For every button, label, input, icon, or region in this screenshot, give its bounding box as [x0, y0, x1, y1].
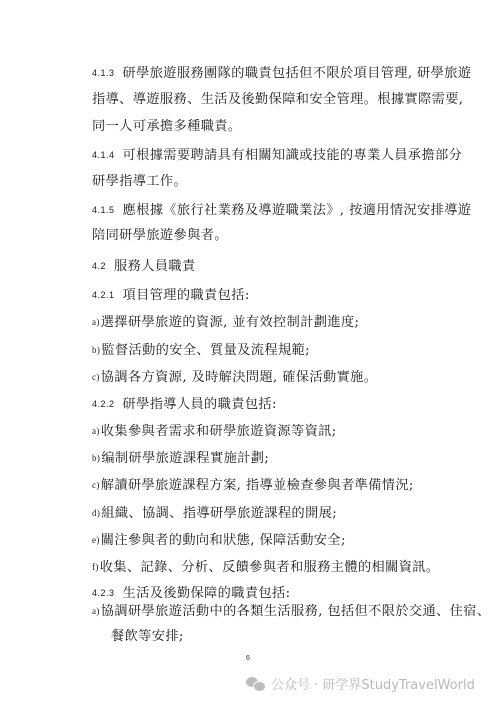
list-label: b) [92, 345, 100, 355]
clause-4-1-4: 4.1.4可根據需要聘請具有相關知識或技能的專業人員承擔部分 [92, 146, 462, 165]
list-text: 協調各方資源, 及時解決問題, 確保活動實施。 [101, 370, 378, 385]
list-text: 餐飲等安排; [111, 629, 184, 644]
clause-number: 4.2.1 [92, 290, 115, 300]
clause-text: 可根據需要聘請具有相關知識或技能的專業人員承擔部分 [123, 148, 463, 163]
list-item: c)解讀研學旅遊課程方案, 指導並檢查參與者準備情況; [92, 476, 414, 495]
list-label: f) [92, 562, 99, 572]
clause-4-1-3: 4.1.3研學旅遊服務團隊的職責包括但不限於項目管理, 研學旅遊 [92, 64, 471, 83]
list-item: c)協調各方資源, 及時解決問題, 確保活動實施。 [92, 368, 377, 387]
list-label: d) [92, 508, 100, 518]
clause-4-1-5-cont: 陪同研學旅遊參與者。 [92, 227, 228, 245]
list-text: 關注參與者的動向和狀態, 保障活動安全; [101, 533, 346, 548]
clause-4-2-1: 4.2.1項目管理的職責包括: [92, 286, 250, 305]
clause-4-1-3-cont: 指導、導遊服務、生活及後勤保障和安全管理。根據實際需要, [92, 91, 463, 109]
list-label: e) [92, 535, 100, 545]
section-number: 4.2 [92, 261, 106, 271]
clause-text: 研學指導工作。 [92, 174, 187, 189]
clause-number: 4.2.2 [92, 399, 115, 409]
list-label: c) [92, 372, 100, 382]
clause-text: 同一人可承擔多種職責。 [92, 119, 241, 134]
list-item: d)組織、協調、指導研學旅遊課程的開展; [92, 504, 337, 523]
list-item: b)監督活動的安全、質量及流程規範; [92, 341, 310, 360]
watermark: 公众号 · 研学界StudyTravelWorld [246, 674, 475, 693]
document-page: 4.1.3研學旅遊服務團隊的職責包括但不限於項目管理, 研學旅遊 指導、導遊服務… [0, 0, 500, 706]
section-title: 服務人員職責 [114, 259, 196, 274]
list-item-cont: 餐飲等安排; [111, 628, 184, 646]
clause-4-1-5: 4.1.5應根據《旅行社業務及導遊職業法》, 按適用情況安排導遊 [92, 201, 471, 220]
list-item: e)關注參與者的動向和狀態, 保障活動安全; [92, 531, 346, 550]
watermark-text: 公众号 · 研学界StudyTravelWorld [271, 674, 475, 693]
clause-text: 陪同研學旅遊參與者。 [92, 228, 228, 243]
clause-number: 4.1.3 [92, 68, 115, 78]
wechat-icon [246, 677, 266, 691]
clause-text: 研學旅遊服務團隊的職責包括但不限於項目管理, 研學旅遊 [123, 66, 472, 81]
list-item: a)選擇研學旅遊的資源, 並有效控制計劃進度; [92, 313, 359, 332]
clause-text: 指導、導遊服務、生活及後勤保障和安全管理。根據實際需要, [92, 92, 463, 107]
list-label: c) [92, 480, 100, 490]
clause-4-2-3: 4.2.3生活及後勤保障的職責包括: [92, 584, 290, 603]
page-number: 6 [246, 655, 250, 662]
list-label: a) [92, 426, 100, 436]
list-item: a)協調研學旅遊活動中的各類生活服務, 包括但不限於交通、住宿、 [92, 602, 490, 621]
clause-text: 生活及後勤保障的職責包括: [123, 586, 291, 601]
list-label: a) [92, 317, 100, 327]
clause-number: 4.1.5 [92, 205, 115, 215]
clause-number: 4.2.3 [92, 588, 115, 598]
list-text: 協調研學旅遊活動中的各類生活服務, 包括但不限於交通、住宿、 [101, 604, 491, 619]
list-text: 選擇研學旅遊的資源, 並有效控制計劃進度; [101, 315, 360, 330]
list-item: f)收集、記錄、分析、反饋參與者和服務主體的相關資訊。 [92, 558, 439, 577]
clause-number: 4.1.4 [92, 150, 115, 160]
list-text: 監督活動的安全、質量及流程規範; [101, 343, 310, 358]
list-text: 编制研學旅遊課程實施計劃; [101, 451, 269, 466]
list-text: 收集、記錄、分析、反饋參與者和服務主體的相關資訊。 [100, 560, 440, 575]
list-item: a)收集參與者需求和研學旅遊資源等資訊; [92, 422, 337, 441]
clause-4-1-4-cont: 研學指導工作。 [92, 173, 187, 191]
clause-text: 項目管理的職責包括: [123, 288, 250, 303]
clause-4-1-3-cont: 同一人可承擔多種職責。 [92, 118, 241, 136]
clause-text: 研學指導人員的職責包括: [123, 397, 277, 412]
section-heading-4-2: 4.2服務人員職責 [92, 257, 196, 276]
clause-text: 應根據《旅行社業務及導遊職業法》, 按適用情況安排導遊 [123, 203, 472, 218]
list-text: 收集參與者需求和研學旅遊資源等資訊; [101, 424, 337, 439]
list-text: 解讀研學旅遊課程方案, 指導並檢查參與者準備情況; [101, 478, 414, 493]
list-label: a) [92, 606, 100, 616]
list-text: 組織、協調、指導研學旅遊課程的開展; [101, 506, 337, 521]
list-label: b) [92, 453, 100, 463]
clause-4-2-2: 4.2.2研學指導人員的職責包括: [92, 395, 277, 414]
list-item: b)编制研學旅遊課程實施計劃; [92, 449, 269, 468]
